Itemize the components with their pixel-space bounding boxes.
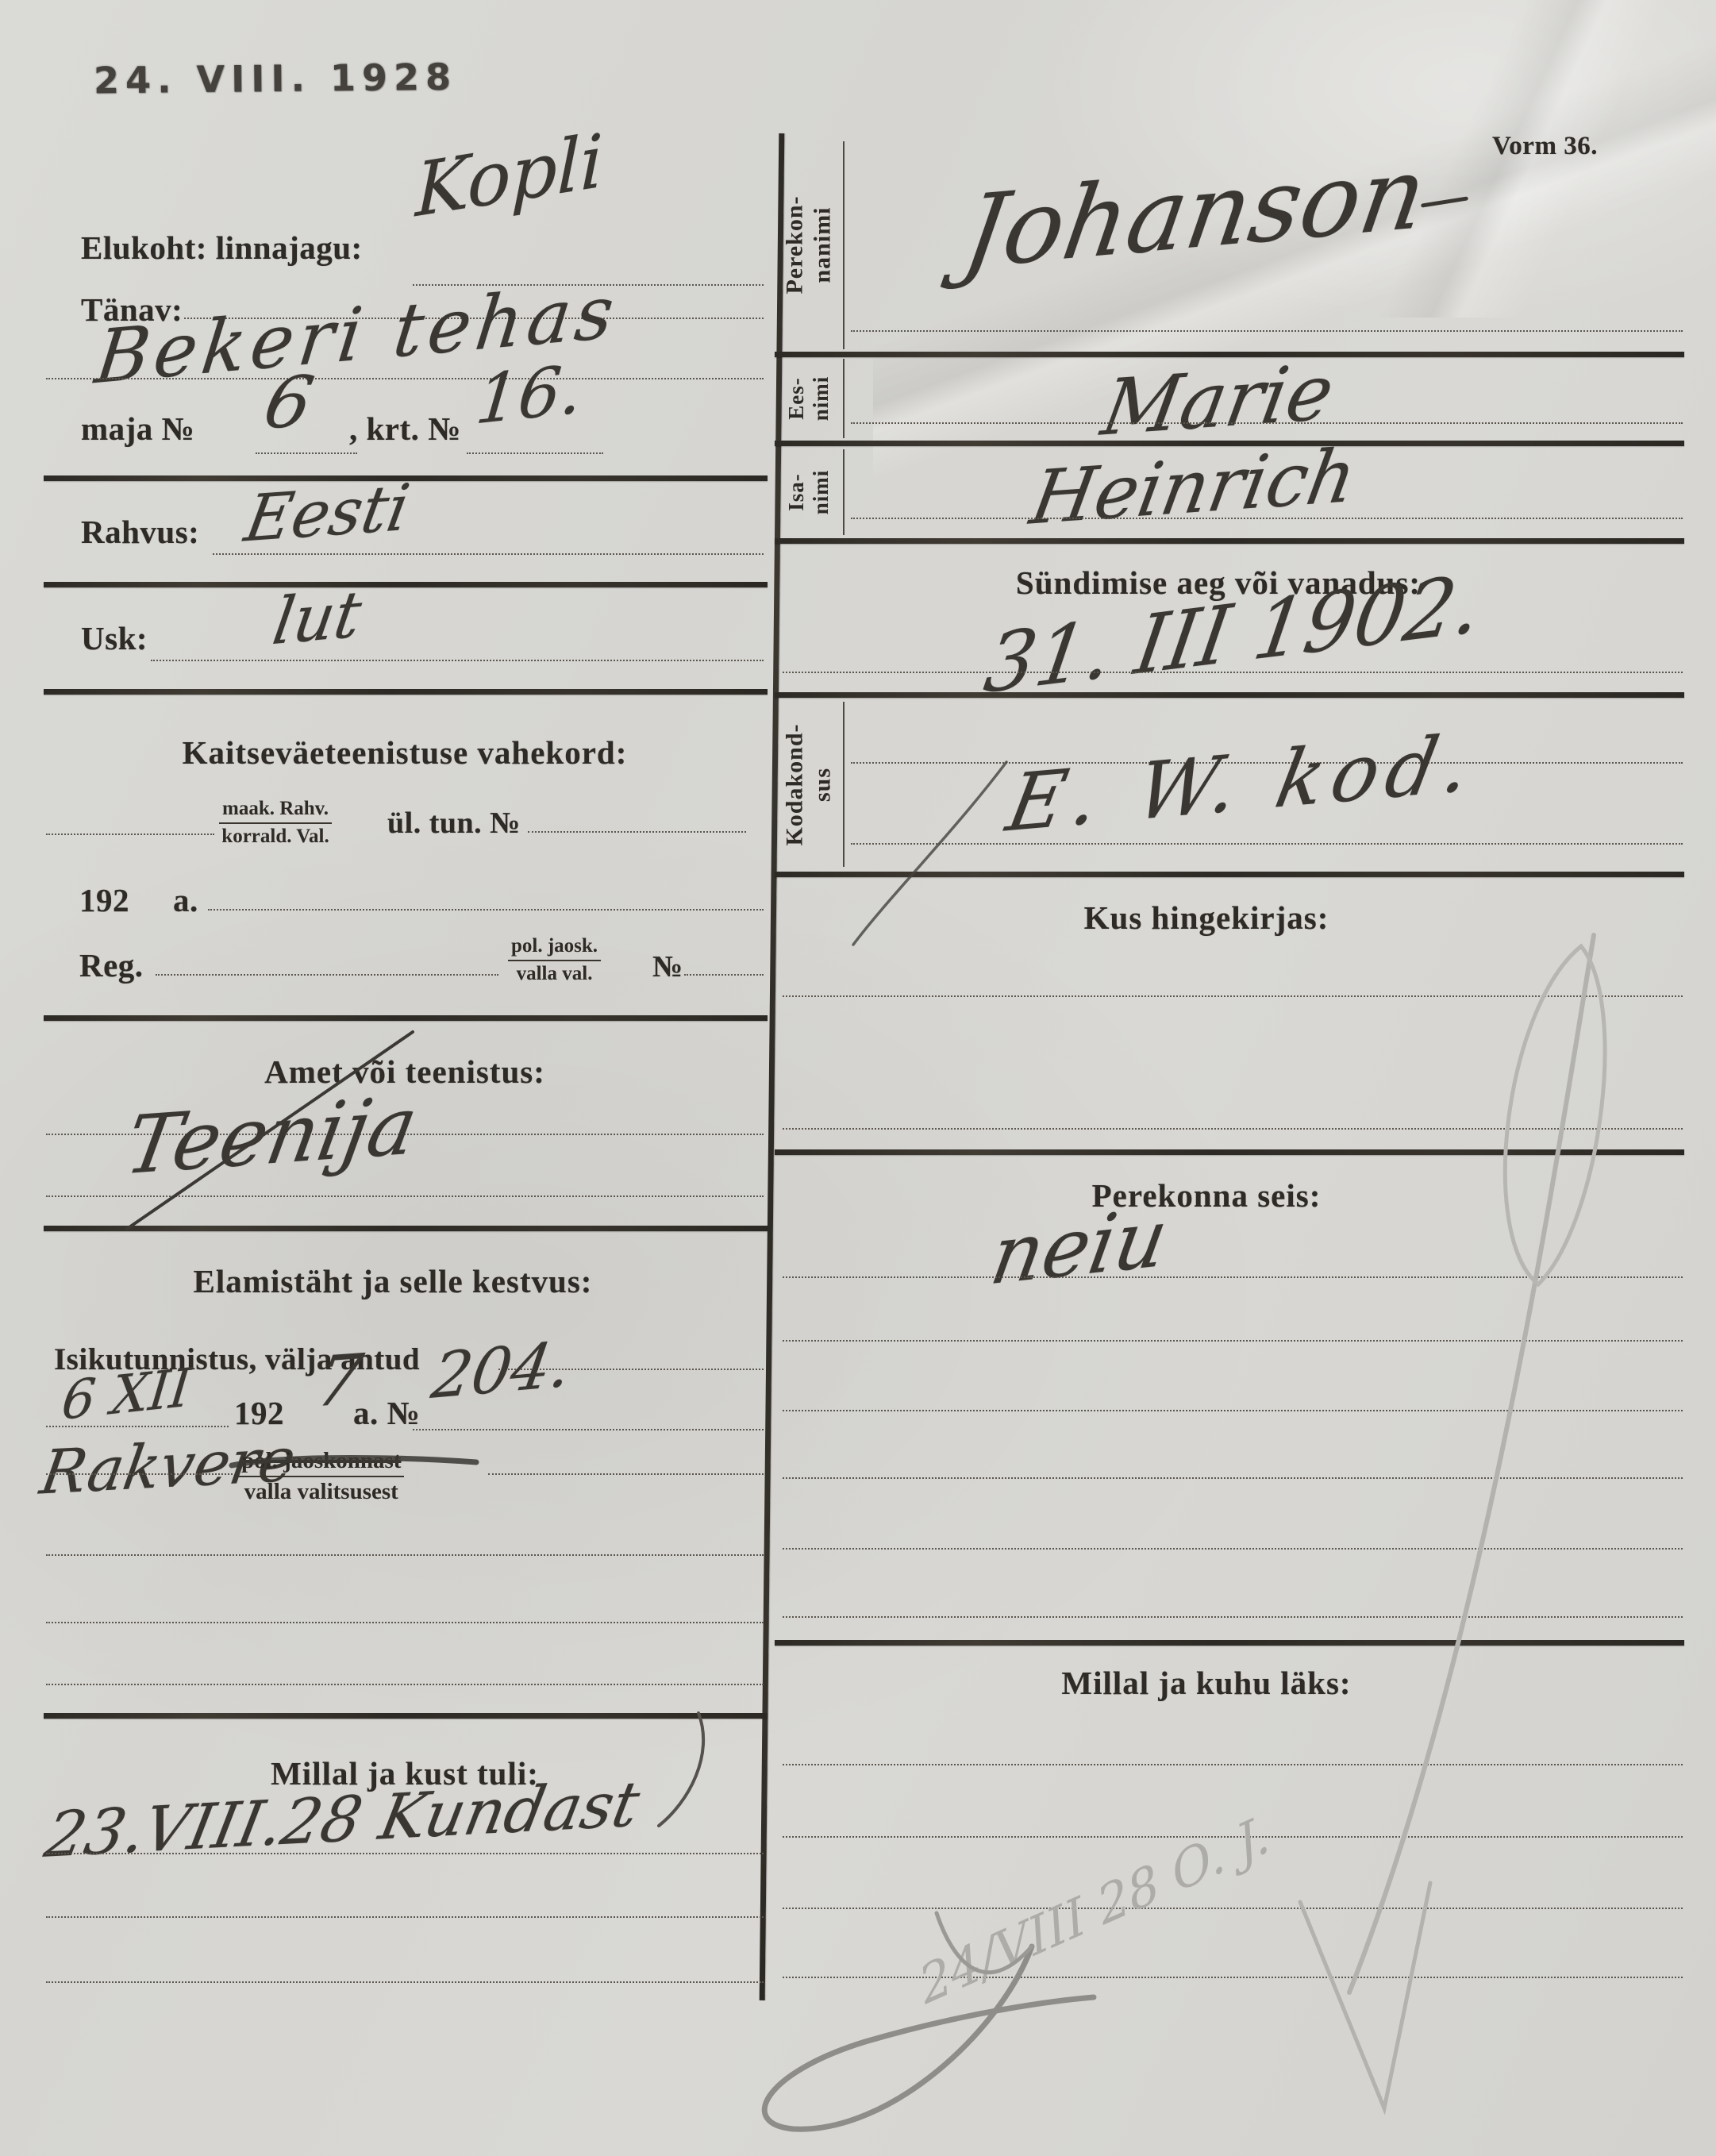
- isikutunnistus-a-label: a. №: [353, 1394, 420, 1432]
- label-line: nimi: [809, 376, 833, 422]
- dotted-line: [46, 834, 214, 835]
- registration-card: 24. VIII. 1928 Vorm 36. Elukoht: linnaja…: [0, 0, 1716, 2156]
- dotted-line: [783, 1276, 1683, 1278]
- dotted-line: [528, 831, 746, 833]
- dotted-line: [467, 452, 603, 454]
- section-divider: [775, 538, 1684, 544]
- reg-fraction: pol. jaosk. valla val.: [508, 935, 601, 986]
- isikutunnistus-number: 204.: [427, 1329, 576, 1414]
- label-separator: [843, 702, 845, 867]
- kodakondsus-value: E. W. kod.: [1000, 717, 1486, 850]
- dotted-line: [46, 1622, 764, 1623]
- perekonnaseis-heading: Perekonna seis:: [778, 1176, 1635, 1215]
- perekonnaseis-value: neiu: [984, 1190, 1175, 1303]
- dotted-line: [783, 1977, 1683, 1978]
- kodakondsus-vertical-label: Kodakond-sus: [775, 699, 843, 870]
- label-line: Ees-: [784, 376, 809, 422]
- dotted-line: [783, 1410, 1683, 1411]
- a-label: a.: [173, 881, 198, 919]
- label-line: Perekon-: [782, 195, 810, 294]
- frac-bottom: valla val.: [508, 961, 601, 986]
- dotted-line: [213, 553, 764, 555]
- usk-label: Usk:: [81, 619, 148, 657]
- dotted-line: [151, 660, 764, 661]
- perekonnanimi-value: Johanson: [956, 134, 1433, 291]
- dotted-line: [46, 1684, 764, 1685]
- dotted-line: [783, 1908, 1683, 1909]
- section-divider: [44, 1226, 768, 1231]
- section-divider: [775, 872, 1684, 877]
- dotted-line: [684, 974, 764, 976]
- elukoht-label: Elukoht: linnajagu:: [81, 229, 363, 267]
- perekonnanimi-vertical-label: Perekon-nanimi: [775, 137, 843, 352]
- dotted-line: [783, 1548, 1683, 1550]
- reg-label: Reg.: [79, 946, 144, 984]
- dotted-line: [851, 330, 1683, 332]
- rahvus-value: Eesti: [240, 470, 415, 556]
- dotted-line: [783, 1764, 1683, 1765]
- millal-laks-heading: Millal ja kuhu läks:: [778, 1664, 1635, 1702]
- label-separator: [843, 359, 845, 438]
- isanimi-vertical-label: Isa-nimi: [775, 448, 843, 537]
- dotted-line: [46, 1554, 764, 1556]
- elukoht-value: Kopli: [415, 117, 604, 233]
- dotted-line: [156, 974, 498, 976]
- rahvus-label: Rahvus:: [81, 513, 199, 551]
- label-line: sus: [809, 723, 837, 845]
- label-separator: [843, 449, 845, 535]
- dotted-line: [208, 909, 764, 911]
- dotted-line: [783, 1616, 1683, 1618]
- dotted-line: [783, 1340, 1683, 1342]
- dotted-line: [46, 1195, 764, 1197]
- year-label: 192: [79, 881, 129, 919]
- isikutunnistus-date: 6 XII: [59, 1357, 193, 1432]
- overline-flourish: [1421, 196, 1468, 207]
- section-divider: [44, 582, 768, 587]
- maja-label: maja №: [81, 410, 194, 448]
- section-divider: [775, 692, 1684, 698]
- isanimi-value: Heinrich: [1025, 433, 1363, 541]
- label-line: nimi: [809, 470, 833, 515]
- frac-top: maak. Rahv.: [219, 798, 332, 824]
- issuer2-fraction: pol. jaoskonnast valla valitsusest: [238, 1448, 404, 1506]
- form-number: Vorm 36.: [1492, 132, 1598, 161]
- label-separator: [843, 141, 845, 349]
- section-divider: [44, 1713, 768, 1719]
- dotted-line: [783, 1477, 1683, 1479]
- usk-value: lut: [268, 576, 367, 659]
- no-label: №: [652, 949, 683, 984]
- dotted-line: [46, 1981, 764, 1983]
- dotted-line: [851, 843, 1683, 845]
- label-line: nanimi: [809, 195, 837, 294]
- section-divider: [775, 1149, 1684, 1155]
- frac-top: pol. jaosk.: [508, 935, 601, 961]
- dotted-line: [851, 422, 1683, 424]
- dotted-line: [783, 672, 1683, 673]
- dotted-line: [46, 1473, 233, 1475]
- label-line: Kodakond-: [782, 723, 810, 845]
- krt-value: 16.: [472, 349, 586, 440]
- dotted-line: [413, 1429, 764, 1430]
- dotted-line: [783, 1128, 1683, 1130]
- dotted-line: [46, 1916, 764, 1918]
- dotted-line: [488, 1473, 764, 1475]
- section-divider: [44, 689, 768, 695]
- dotted-line: [783, 995, 1683, 997]
- ul-tun-label: ül. tun. №: [387, 806, 521, 841]
- dotted-line: [46, 378, 764, 379]
- kaitse-heading: Kaitseväeteenistuse vahekord:: [44, 733, 766, 772]
- issuer-bottom: valla valitsusest: [238, 1477, 404, 1505]
- dotted-line: [851, 518, 1683, 519]
- hingekiri-heading: Kus hingekirjas:: [778, 899, 1635, 937]
- section-divider: [44, 1015, 768, 1021]
- elamistaht-heading: Elamistäht ja selle kestvus:: [32, 1262, 754, 1300]
- issuer-top-struck: pol. jaoskonnast: [238, 1448, 404, 1477]
- date-stamp: 24. VIII. 1928: [94, 56, 458, 102]
- dotted-line: [46, 1853, 764, 1854]
- eesnimi-vertical-label: Ees-nimi: [775, 357, 843, 440]
- label-line: Isa-: [784, 470, 809, 515]
- dotted-line: [46, 1426, 229, 1427]
- amet-value: Teenija: [119, 1078, 424, 1192]
- dotted-line: [256, 452, 357, 454]
- krt-label: , krt. №: [349, 410, 461, 448]
- section-divider: [775, 1640, 1684, 1646]
- issuer-fraction: maak. Rahv. korrald. Val.: [219, 798, 332, 849]
- frac-bottom: korrald. Val.: [219, 824, 332, 849]
